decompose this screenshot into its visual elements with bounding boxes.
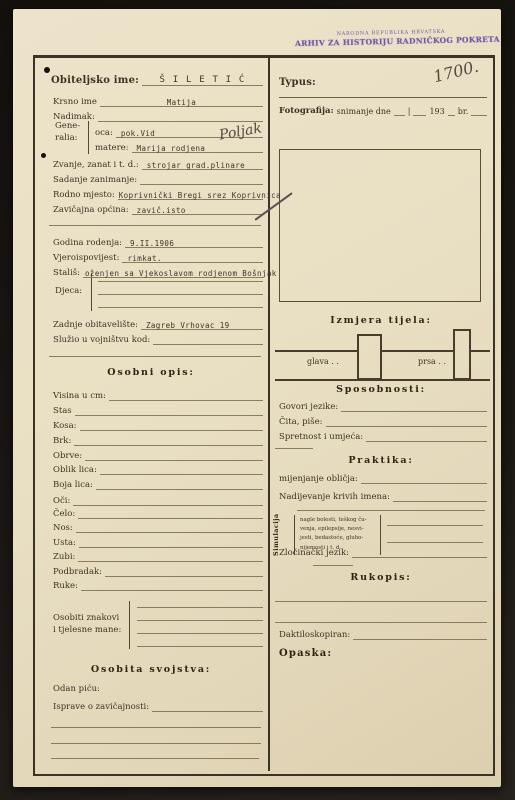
field-label: Godina rodenja:: [53, 239, 122, 248]
foto-year: 193: [429, 108, 444, 116]
field-obrve: Obrve:: [53, 448, 263, 461]
field-line: [448, 114, 455, 116]
field-line: [413, 114, 426, 116]
field-matere: matere: Marija rodjena: [95, 140, 263, 153]
field-label: Zadnje obitavelište:: [53, 321, 138, 330]
generalia-label-2: ralia:: [55, 134, 78, 143]
ruled-line: [51, 743, 261, 744]
field-line: [353, 638, 487, 640]
ruled-line: [137, 633, 263, 634]
field-label: Sadanje zanimanje:: [53, 176, 137, 185]
field-line: [109, 399, 263, 401]
field-value: Koprivnički Bregi srez Koprivnica: [119, 192, 281, 200]
ink-dot: [44, 67, 50, 73]
field-value: Matija: [167, 99, 197, 107]
paper-sheet: NARODNA REPUBLIKA HRVATSKA ARHIV ZA HIST…: [13, 9, 501, 787]
field-label: Čelo:: [53, 510, 75, 519]
field-label: Isprave o zavičajnosti:: [53, 703, 149, 712]
field-djeca-label: Djeca:: [55, 287, 82, 296]
scanned-document-page: NARODNA REPUBLIKA HRVATSKA ARHIV ZA HIST…: [0, 0, 515, 800]
ruled-line: [275, 601, 487, 602]
field-line: [81, 589, 263, 591]
field-podbradak: Podbradak:: [53, 564, 263, 577]
field-label: Spretnost i umjeća:: [279, 433, 363, 442]
ruled-line: [387, 525, 483, 526]
generalia-label-1: Gene-: [55, 122, 80, 131]
field-label: Krsno ime: [53, 98, 97, 107]
field-value: zavič.isto: [137, 207, 186, 215]
field-nadimak: Nadimak:: [53, 109, 263, 122]
section-header-opaska: Opaska:: [279, 648, 332, 659]
field-osobiti-label-1: Osobiti znakovi: [53, 614, 119, 623]
section-header-sposobnosti: Sposobnosti:: [271, 384, 491, 395]
ruled-line: [387, 542, 483, 543]
ruled-line: [51, 727, 261, 728]
field-vojnistvo: Služio u vojništvu kod:: [53, 332, 263, 345]
field-label: Usta:: [53, 539, 76, 548]
field-krsno-ime: Krsno ime Matija: [53, 94, 263, 107]
field-label: Zavičajna općina:: [53, 206, 129, 215]
field-line: [471, 114, 487, 116]
field-kosa: Kosa:: [53, 418, 263, 431]
field-value: Marija rodjena: [137, 145, 206, 153]
field-govori-jezike: Govori jezike:: [279, 399, 487, 412]
field-label: Stališ:: [53, 269, 80, 278]
field-line: [75, 414, 263, 416]
field-rodno-mjesto: Rodno mjesto: Koprivnički Bregi srez Kop…: [53, 187, 263, 200]
simulacija-line: jesti, bedastoće, gluho-: [300, 534, 378, 543]
ruled-line: [98, 307, 263, 308]
field-value: Š I L E T I Ć: [159, 76, 245, 85]
field-line: [100, 473, 263, 475]
field-line: [366, 440, 487, 442]
field-line: oženjen sa Vjekoslavom rodjenom Bošnjak: [83, 276, 263, 278]
field-line: Zagreb Vrhovac 19: [141, 328, 263, 330]
field-label: Stas: [53, 407, 72, 416]
osobiti-bracket: [129, 601, 130, 649]
field-oblik-lica: Oblik lica:: [53, 462, 263, 475]
diagram-line: [382, 350, 453, 352]
field-line: rimkat.: [122, 261, 263, 263]
field-value: oženjen sa Vjekoslavom rodjenom Bošnjak: [85, 270, 277, 278]
field-label: Visina u cm:: [53, 392, 106, 401]
field-nadijevanje-imena: Nadijevanje krivih imena:: [279, 489, 487, 502]
field-label: Brk:: [53, 437, 71, 446]
field-line: [105, 575, 263, 577]
field-godina-rodjenja: Godina rodenja: 9.II.1906: [53, 235, 263, 248]
field-obiteljsko-ime: Obiteljsko ime: Š I L E T I Ć: [51, 69, 263, 86]
field-line: [153, 343, 263, 345]
field-line: [393, 500, 487, 502]
ruled-line: [297, 510, 485, 511]
field-stalis: Stališ: oženjen sa Vjekoslavom rodjenom …: [53, 265, 263, 278]
ruled-line: [51, 758, 259, 759]
field-line: Koprivnički Bregi srez Koprivnica: [118, 198, 263, 200]
diagram-line: [275, 350, 357, 352]
field-label: Zvanje, zanat i t. d.:: [53, 161, 139, 170]
ruled-line: [313, 565, 353, 566]
field-visina: Visina u cm:: [53, 388, 263, 401]
field-label: Obiteljsko ime:: [51, 76, 139, 87]
field-vjeroispovijest: Vjeroispovijest: rimkat.: [53, 250, 263, 263]
field-brk: Brk:: [53, 433, 263, 446]
ink-dot: [41, 153, 46, 158]
field-value: Zagreb Vrhovac 19: [146, 322, 230, 330]
field-line: [341, 410, 487, 412]
foto-text: snimanje dne: [337, 108, 391, 116]
field-line: [394, 114, 405, 116]
foto-br: br.: [458, 108, 469, 116]
field-label: Rodno mjesto:: [53, 191, 115, 200]
field-value: 9.II.1906: [130, 240, 174, 248]
field-line: strojar grad.plinare: [142, 168, 263, 170]
field-line: [96, 488, 263, 490]
diagram-line: [471, 350, 490, 352]
field-label: Oči:: [53, 497, 70, 506]
field-label: Vjeroispovijest:: [53, 254, 119, 263]
field-line: [79, 546, 263, 548]
section-header-izmjera-tijela: Izmjera tijela:: [271, 315, 491, 326]
field-label: Čita, piše:: [279, 418, 323, 427]
field-celo: Čelo:: [53, 506, 263, 519]
field-label: Nadijevanje krivih imena:: [279, 493, 390, 502]
field-osobiti-label-2: i tjelesne mane:: [53, 626, 121, 635]
foto-separator: |: [408, 108, 411, 116]
field-label: matere:: [95, 144, 129, 153]
field-zlocinacki-jezik: Zločinački jezik:: [279, 545, 487, 558]
field-line: [78, 517, 263, 519]
simulacija-line: nagle bolesti, teškog ču-: [300, 516, 378, 525]
field-usta: Usta:: [53, 535, 263, 548]
section-header-praktika: Praktika:: [271, 455, 491, 466]
ruled-line: [137, 646, 263, 647]
field-line: [80, 429, 263, 431]
field-label: Služio u vojništvu kod:: [53, 336, 150, 345]
field-line: [352, 556, 487, 558]
field-label: Daktiloskopiran:: [279, 631, 350, 640]
field-line: Š I L E T I Ć: [142, 84, 263, 86]
field-odan-picu-label: Odan piću:: [53, 685, 100, 694]
ruled-line: [137, 620, 263, 621]
field-line: Matija: [100, 105, 263, 107]
field-line: [98, 120, 263, 122]
field-line: 9.II.1906: [125, 246, 263, 248]
ruled-line: [275, 448, 313, 449]
field-label: Zubi:: [53, 553, 75, 562]
ruled-line: [98, 281, 263, 282]
field-nos: Nos:: [53, 520, 263, 533]
column-divider: [268, 55, 270, 771]
field-stas: Stas: [53, 403, 263, 416]
field-label: Ruke:: [53, 582, 78, 591]
field-mijenjanje-oblicja: mijenjanje obličja:: [279, 471, 487, 484]
field-line: [326, 425, 487, 427]
ruled-line: [49, 225, 261, 226]
field-line: [78, 560, 263, 562]
field-spretnost: Spretnost i umjeća:: [279, 429, 487, 442]
ruled-line: [279, 97, 487, 98]
field-label: oca:: [95, 129, 113, 138]
section-header-osobita-svojstva: Osobita svojstva:: [43, 664, 259, 675]
measurement-box-prsa: [453, 329, 471, 380]
field-line: Marija rodjena: [132, 151, 263, 153]
field-label: mijenjanje obličja:: [279, 475, 358, 484]
field-sadanje-zanimanje: Sadanje zanimanje:: [53, 172, 263, 185]
field-line: zavič.isto: [132, 213, 263, 215]
field-zvanje: Zvanje, zanat i t. d.: strojar grad.plin…: [53, 157, 263, 170]
field-value: rimkat.: [127, 255, 161, 263]
field-line: [85, 459, 263, 461]
field-line: [361, 482, 487, 484]
field-label: Nos:: [53, 524, 73, 533]
field-line: [74, 444, 263, 446]
field-isprave: Isprave o zavičajnosti:: [53, 699, 263, 712]
field-label: Kosa:: [53, 422, 77, 431]
section-header-rukopis: Rukopis:: [271, 572, 491, 583]
measurement-box-glava: [357, 334, 382, 380]
archive-stamp: NARODNA REPUBLIKA HRVATSKA ARHIV ZA HIST…: [295, 28, 487, 48]
field-label: Obrve:: [53, 452, 82, 461]
field-zadnje-obitavaliste: Zadnje obitavelište: Zagreb Vrhovac 19: [53, 317, 263, 330]
photo-box: [279, 149, 481, 302]
field-label: Boja lica:: [53, 481, 93, 490]
ruled-line: [49, 356, 261, 357]
ruled-line: [275, 622, 487, 623]
field-ruke: Ruke:: [53, 578, 263, 591]
field-line: [76, 531, 263, 533]
field-oci: Oči:: [53, 493, 263, 506]
djeca-bracket: [91, 273, 92, 311]
diagram-label-prsa: prsa . .: [418, 357, 446, 366]
field-zavicajna-opcina: Zavičajna općina: zavič.isto: [53, 202, 263, 215]
section-header-osobni-opis: Osobni opis:: [43, 367, 259, 378]
field-label: Fotografija:: [279, 107, 334, 116]
field-line: [140, 183, 263, 185]
field-label: Govori jezike:: [279, 403, 338, 412]
field-fotografija: Fotografija: snimanje dne | 193 br.: [279, 102, 487, 116]
generalia-bracket: [88, 121, 89, 154]
field-value: pok.Vid: [121, 130, 155, 138]
ruled-line: [137, 607, 263, 608]
field-boja-lica: Boja lica:: [53, 477, 263, 490]
field-cita-pise: Čita, piše:: [279, 414, 487, 427]
field-label: Oblik lica:: [53, 466, 97, 475]
field-label: Podbradak:: [53, 568, 102, 577]
field-value: strojar grad.plinare: [147, 162, 245, 170]
field-zubi: Zubi:: [53, 549, 263, 562]
diagram-label-glava: glava . .: [307, 357, 339, 366]
field-line: [152, 710, 263, 712]
simulacija-line: venja, epilepsije, nesvi-: [300, 525, 378, 534]
field-label: Typus:: [279, 78, 316, 89]
field-label: Zločinački jezik:: [279, 549, 349, 558]
field-daktiloskopiran: Daktiloskopiran:: [279, 627, 487, 640]
ruled-line: [98, 294, 263, 295]
